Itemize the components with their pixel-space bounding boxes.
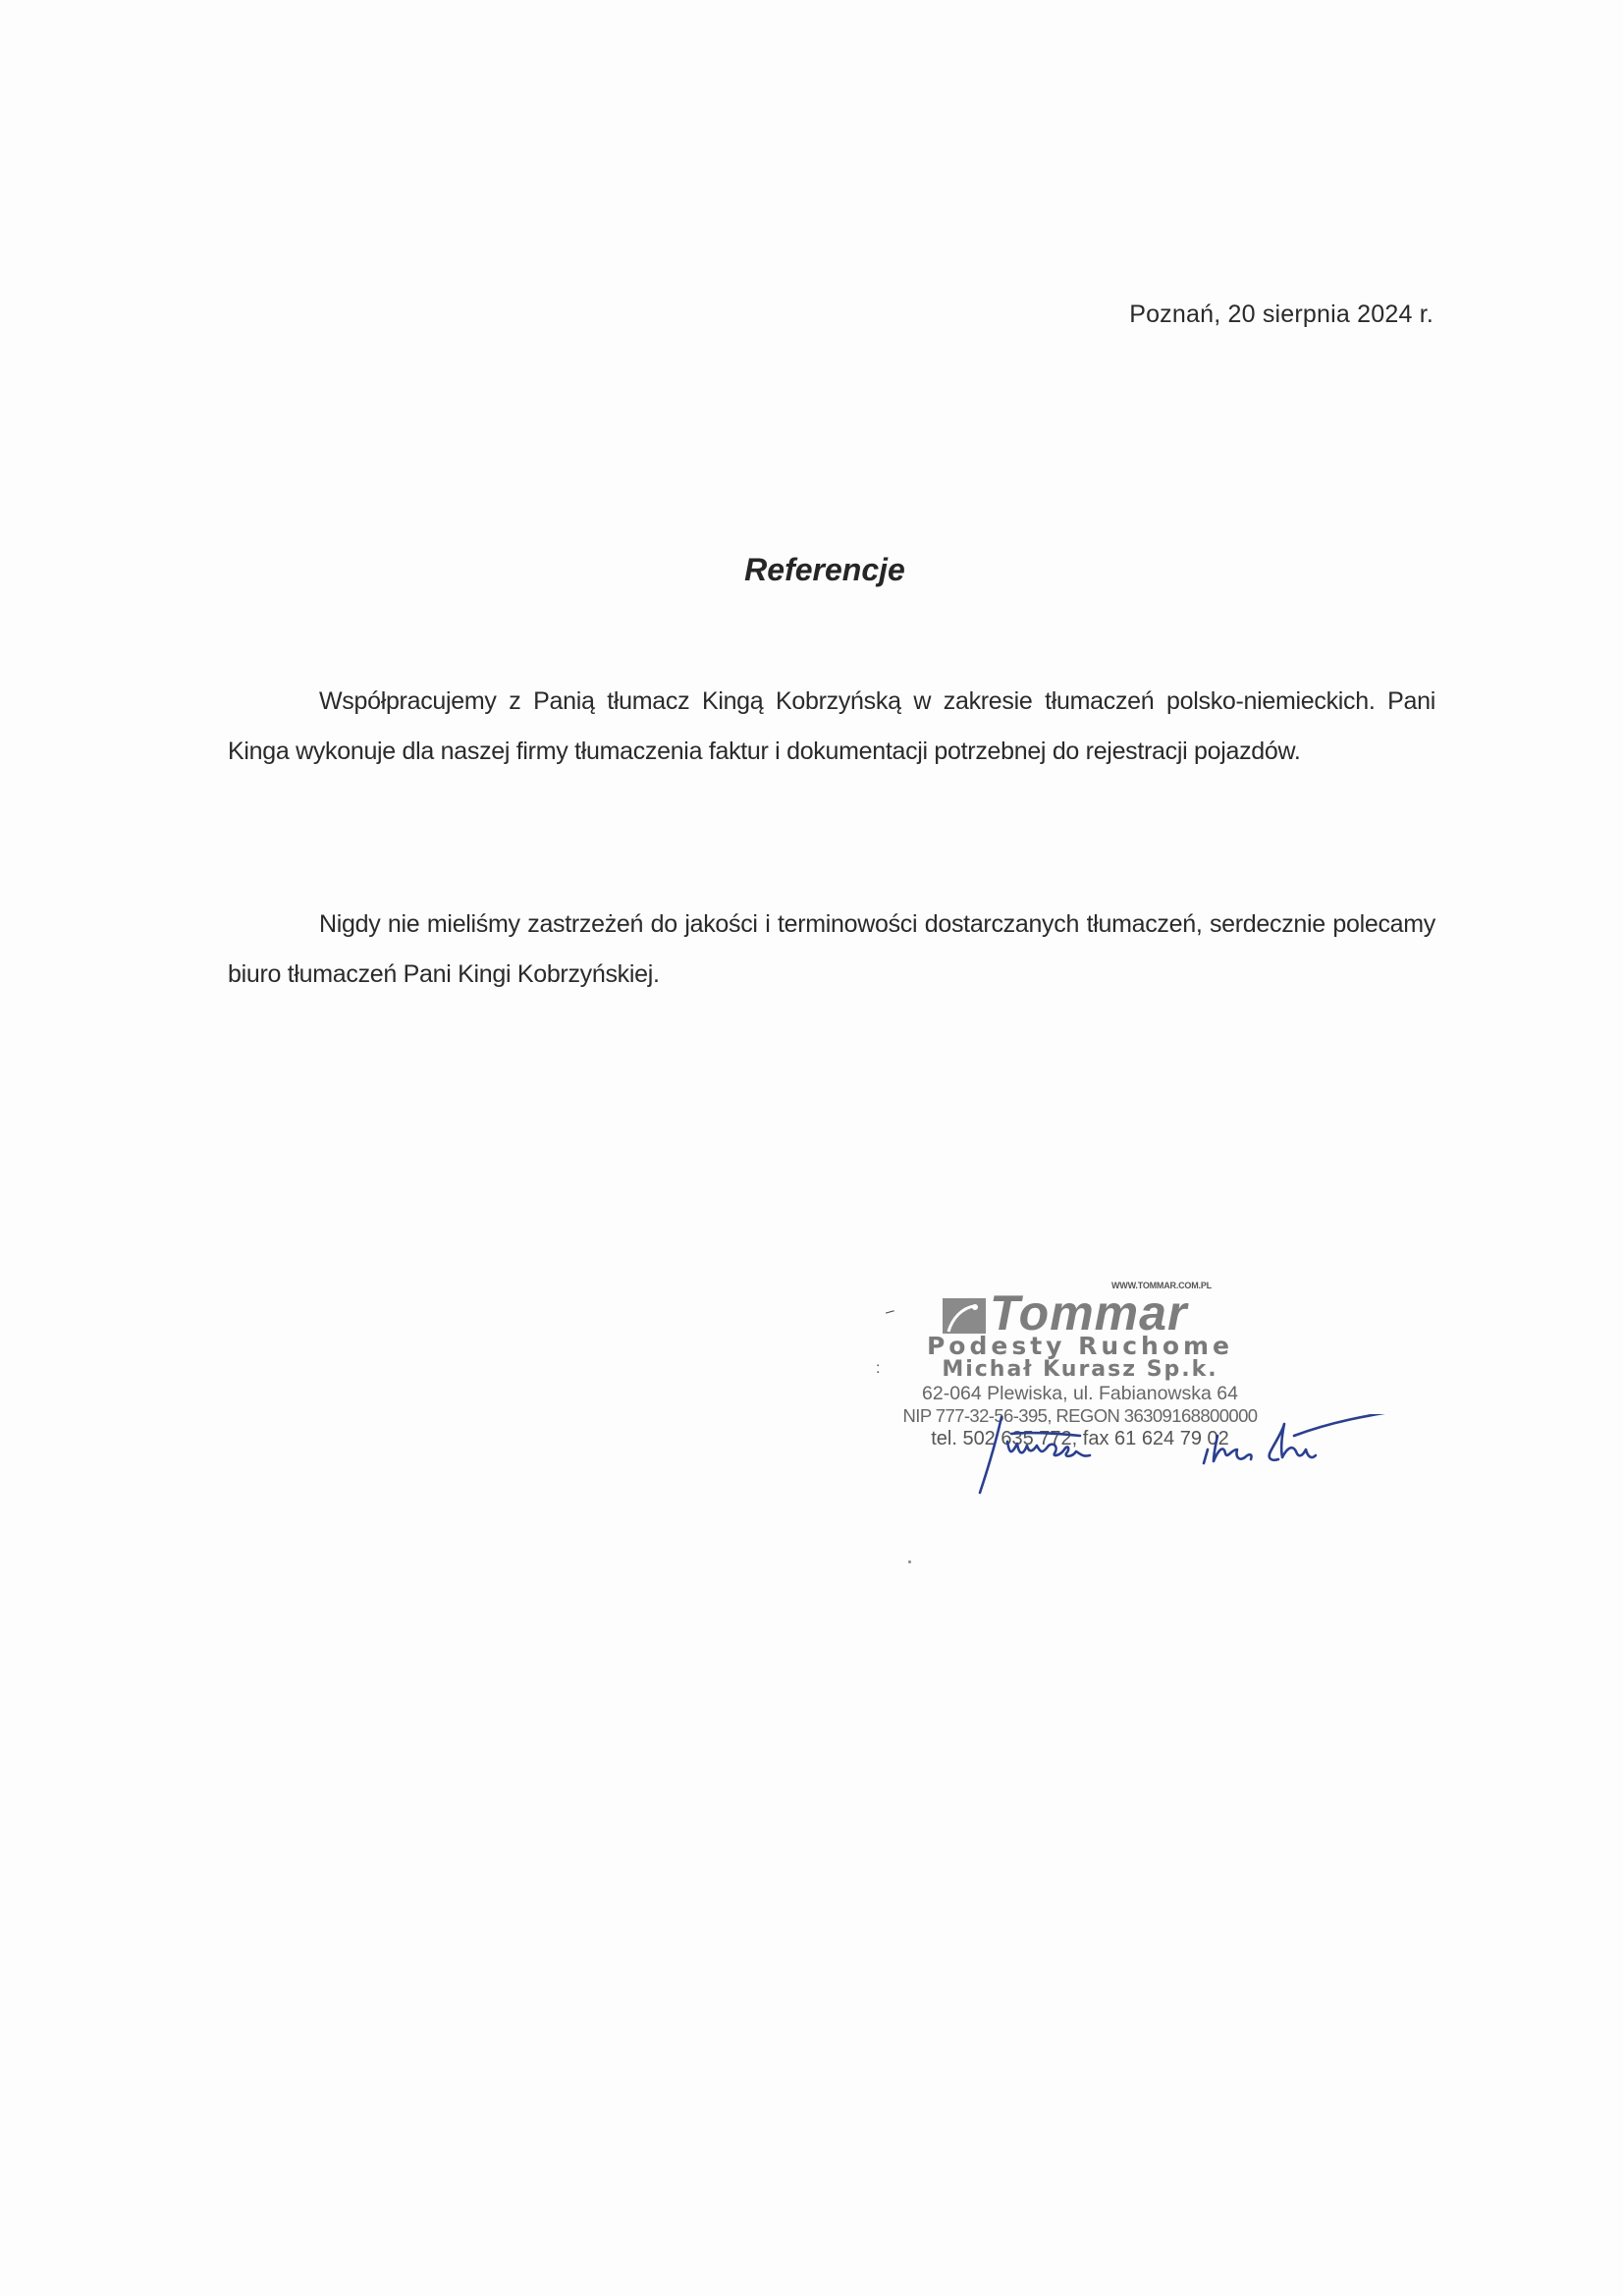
scan-speck [908, 1560, 911, 1563]
paragraph-2: Nigdy nie mieliśmy zastrzeżeń do jakości… [228, 900, 1435, 1000]
place-date: Poznań, 20 sierpnia 2024 r. [1129, 301, 1434, 329]
stamp-tick-mark: – [884, 1302, 896, 1322]
paragraph-2-text: Nigdy nie mieliśmy zastrzeżeń do jakości… [228, 900, 1435, 1000]
stamp-line-2: Michał Kurasz Sp.k. [864, 1357, 1296, 1382]
document-page: Poznań, 20 sierpnia 2024 r. Referencje W… [0, 0, 1623, 2296]
stamp-address: 62-064 Plewiska, ul. Fabianowska 64 [864, 1383, 1296, 1405]
paragraph-1: Współpracujemy z Panią tłumacz Kingą Kob… [228, 677, 1435, 777]
tommar-logo-icon [943, 1298, 986, 1334]
stamp-brand: Tommar [990, 1292, 1187, 1334]
document-title: Referencje [0, 552, 1623, 588]
signature-icon [972, 1414, 1443, 1522]
paragraph-1-text: Współpracujemy z Panią tłumacz Kingą Kob… [228, 677, 1435, 777]
stamp-logo: Tommar [943, 1290, 1187, 1334]
handwritten-signature [972, 1414, 1443, 1527]
stamp-line-1: Podesty Ruchome [864, 1332, 1296, 1360]
